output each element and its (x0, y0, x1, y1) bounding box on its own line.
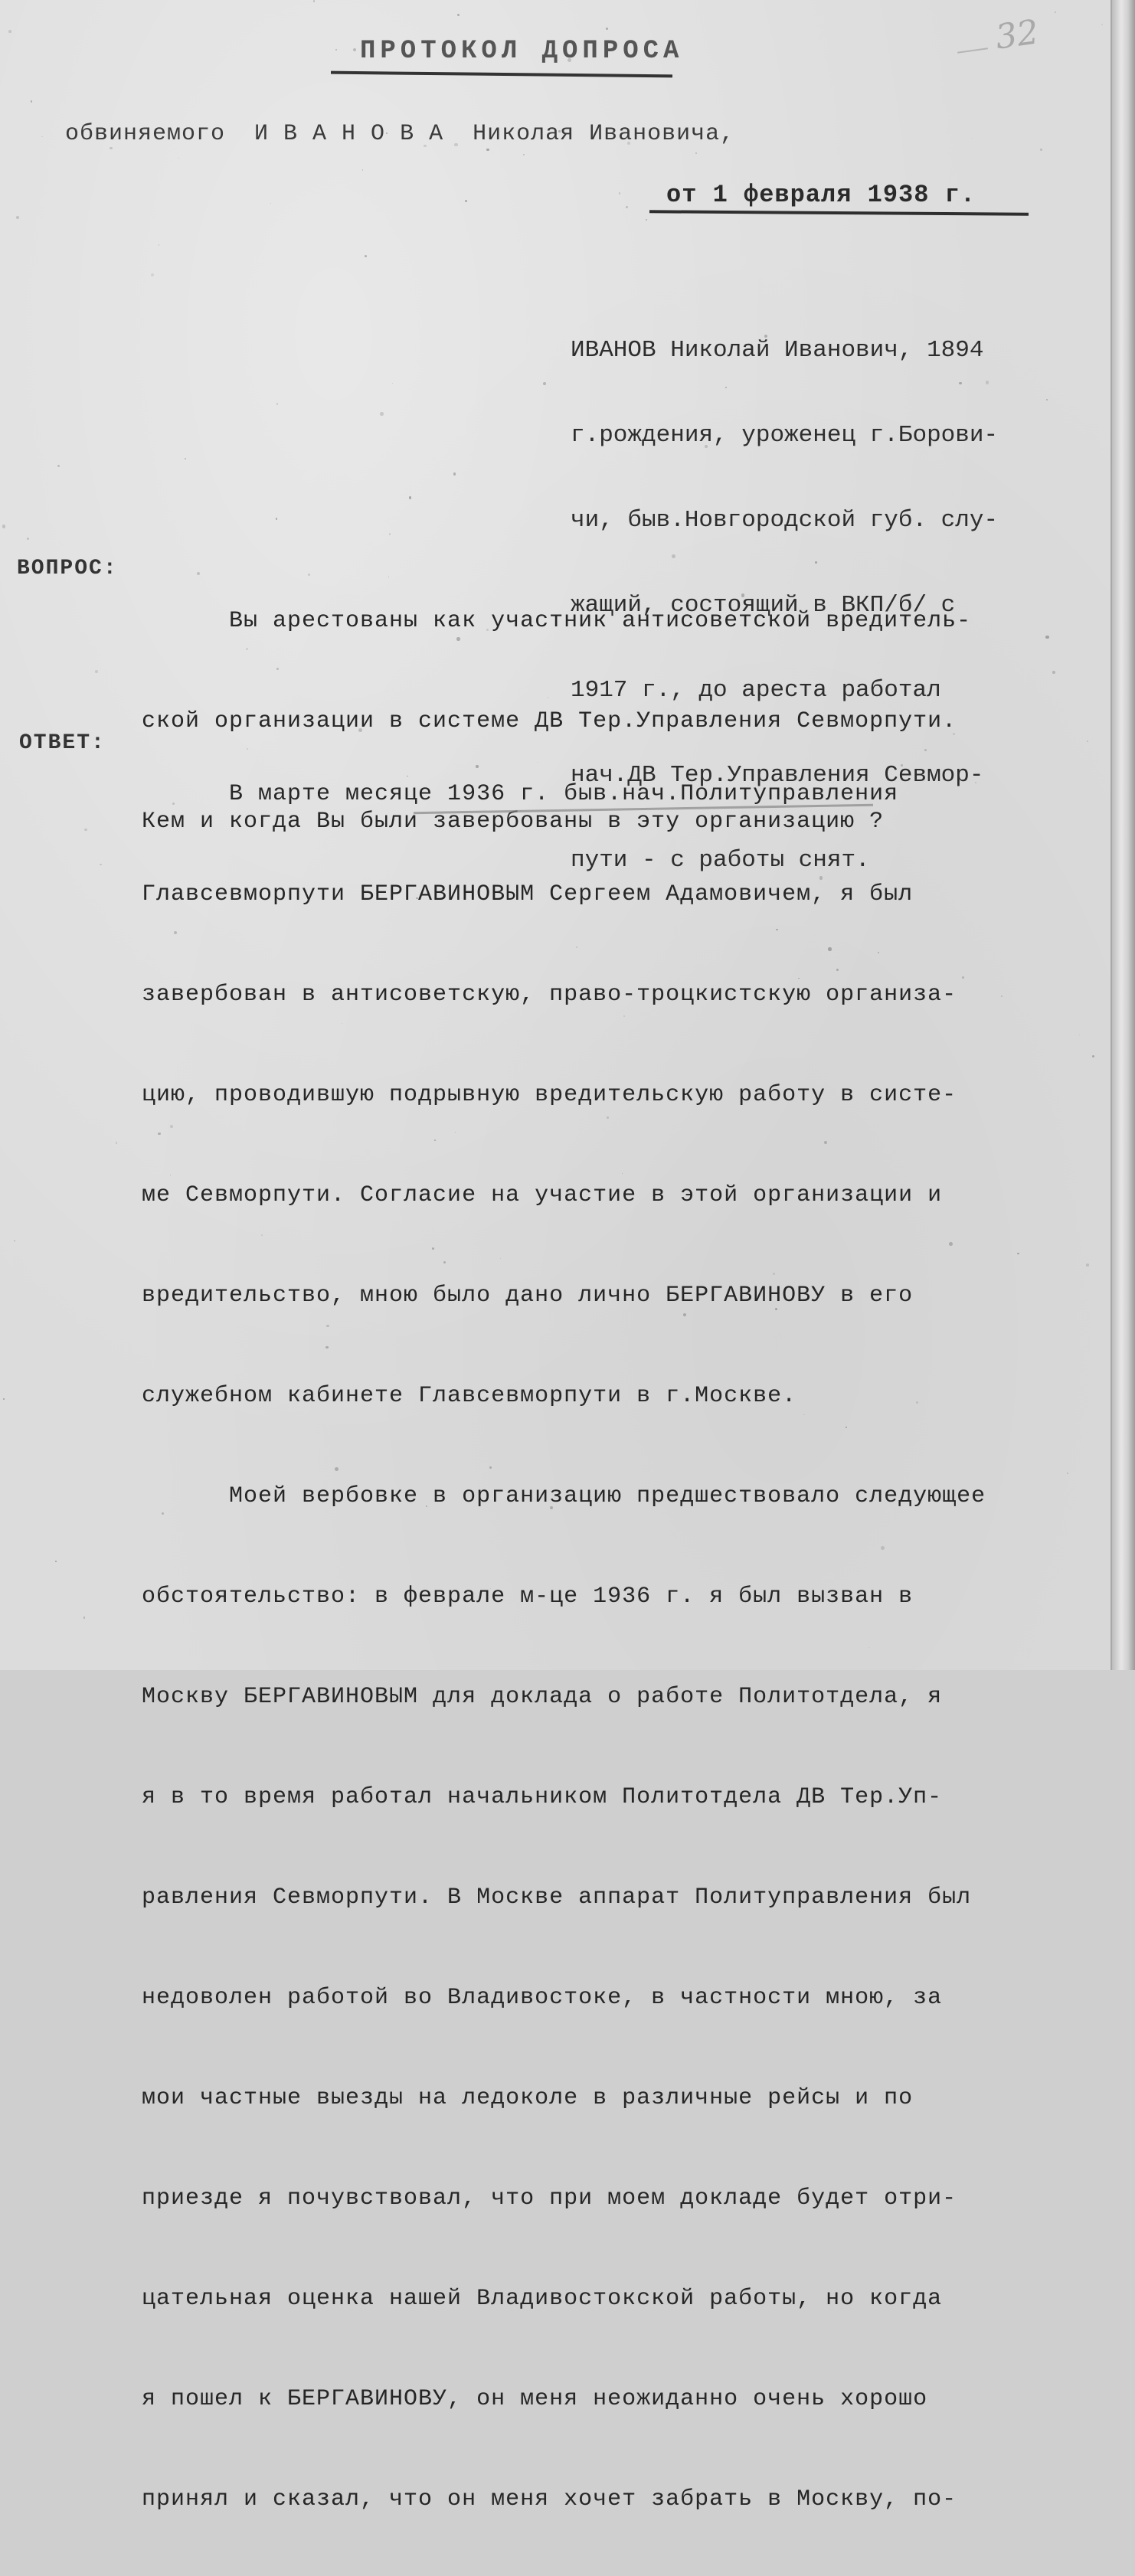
document-title: ПРОТОКОЛ ДОПРОСА (360, 37, 683, 66)
scan-speck (392, 383, 393, 384)
scan-speck (1017, 1253, 1019, 1255)
scan-speck (100, 864, 102, 866)
scan-speck (14, 1241, 15, 1242)
scan-speck (567, 58, 571, 62)
scan-speck (342, 1023, 342, 1024)
date-underline (649, 210, 1029, 215)
scan-speck (335, 49, 337, 51)
scan-speck (313, 0, 316, 2)
answer-label: ОТВЕТ: (19, 731, 106, 755)
scan-speck (678, 898, 681, 901)
scan-speck (353, 48, 356, 51)
scan-speck (622, 1173, 623, 1174)
bio-line: чи, быв.Новгородской губ. слу- (571, 506, 1061, 534)
scan-speck (576, 946, 577, 948)
scan-speck (776, 929, 777, 930)
scan-speck (27, 538, 29, 540)
scan-speck (1079, 1035, 1080, 1035)
scan-speck (672, 554, 675, 558)
scan-speck (325, 1346, 328, 1348)
scan-speck (41, 136, 43, 138)
text-line: Вы арестованы как участник антисоветской… (142, 597, 971, 646)
scan-speck (95, 670, 97, 672)
scan-speck (185, 458, 186, 459)
scan-speck (962, 976, 964, 979)
scan-speck (740, 1597, 742, 1599)
scan-speck (454, 143, 457, 146)
scan-speck (178, 158, 179, 159)
page-number: 32 (993, 12, 1042, 57)
pencil-mark (957, 47, 988, 54)
scan-speck (538, 762, 538, 763)
scan-speck (523, 154, 525, 155)
scan-speck (1067, 1473, 1069, 1475)
scan-speck (276, 403, 278, 404)
scan-speck (1001, 995, 1003, 997)
scan-speck (773, 1273, 775, 1275)
scan-speck (986, 381, 989, 384)
scan-speck (84, 829, 87, 832)
scan-speck (358, 728, 362, 732)
scan-speck (741, 593, 745, 597)
scan-speck (924, 749, 927, 751)
scan-speck (815, 561, 817, 564)
scan-speck (110, 147, 112, 149)
scan-speck (695, 152, 697, 154)
scan-speck (159, 244, 159, 245)
scan-speck (170, 1125, 173, 1128)
scan-speck (646, 219, 647, 221)
scan-speck (901, 764, 902, 766)
scan-speck (443, 1261, 446, 1263)
accused-line: обвиняемого И В А Н О В А Николая Иванов… (65, 121, 734, 147)
scan-speck (434, 1139, 436, 1141)
scan-speck (83, 1617, 86, 1619)
scan-speck (972, 138, 973, 139)
scan-speck (949, 1242, 953, 1246)
scan-speck (246, 648, 248, 650)
scan-speck (270, 203, 271, 204)
scan-speck (476, 765, 478, 767)
scan-speck (725, 387, 727, 388)
scan-speck (729, 816, 731, 819)
scan-speck (543, 382, 546, 385)
scan-speck (389, 533, 391, 534)
text-line: обстоятельство: в феврале м-це 1936 г. я… (142, 1573, 986, 1621)
scan-speck (8, 30, 11, 33)
scan-speck (409, 496, 412, 499)
scan-speck (582, 523, 584, 525)
scan-speck (1055, 11, 1056, 13)
scan-speck (116, 1142, 117, 1143)
scan-speck (362, 169, 363, 170)
scan-speck (1040, 149, 1042, 151)
bio-line: г.рождения, уроженец г.Борови- (571, 421, 1061, 449)
scan-speck (626, 206, 628, 208)
scan-speck (456, 637, 460, 640)
scan-speck (457, 14, 460, 16)
title-underline (331, 71, 672, 78)
scan-speck (247, 748, 248, 750)
scan-speck (453, 472, 456, 475)
scan-speck (380, 412, 384, 416)
scan-speck (550, 1506, 553, 1509)
scan-speck (308, 574, 310, 576)
scan-speck (819, 876, 823, 879)
text-line: служебном кабинете Главсевморпути в г.Мо… (142, 1372, 986, 1420)
scan-speck (606, 28, 608, 30)
scan-speck (3, 1398, 5, 1400)
scan-speck (365, 255, 367, 257)
scan-speck (388, 577, 389, 577)
scan-speck (55, 1561, 57, 1562)
scan-speck (619, 192, 621, 195)
scan-speck (1087, 740, 1088, 742)
document-page: 32 ПРОТОКОЛ ДОПРОСА обвиняемого И В А Н … (0, 0, 1112, 1670)
scan-speck (486, 629, 489, 631)
scan-speck (878, 952, 879, 953)
scan-speck (627, 142, 631, 145)
scan-speck (1101, 24, 1103, 25)
text-line: завербован в антисоветскую, право-троцки… (142, 971, 986, 1019)
scan-speck (1086, 1263, 1089, 1267)
scan-speck (486, 149, 489, 151)
scan-speck (16, 216, 19, 219)
scan-speck (1045, 636, 1049, 639)
answer-text: В марте месяце 1936 г. быв.нач.Политупра… (142, 718, 986, 1670)
question-label: ВОПРОС: (17, 557, 118, 580)
scan-speck (798, 978, 800, 979)
text-line: ме Севморпути. Согласие на участие в это… (142, 1172, 986, 1220)
text-line: вредительство, мною было дано лично БЕРГ… (142, 1272, 986, 1320)
scan-speck (276, 518, 278, 520)
scan-speck (151, 273, 154, 276)
scan-speck (1092, 1055, 1094, 1058)
text-line: Главсевморпути БЕРГАВИНОВЫМ Сергеем Адам… (142, 871, 986, 919)
scan-speck (465, 200, 467, 202)
paper-edge (1112, 0, 1135, 1670)
scan-speck (828, 947, 831, 950)
scan-speck (326, 1325, 329, 1328)
scan-speck (1046, 399, 1048, 400)
scan-speck (174, 931, 177, 934)
scan-speck (283, 825, 284, 826)
scan-speck (31, 100, 32, 102)
scan-speck (846, 1427, 847, 1428)
bio-line: ИВАНОВ Николай Иванович, 1894 (571, 336, 1061, 364)
date-line: от 1 февраля 1938 г. (666, 181, 976, 209)
text-line: Моей вербовке в организацию предшествова… (142, 1473, 986, 1521)
scan-speck (610, 1496, 613, 1498)
scan-speck (335, 1467, 339, 1471)
scan-speck (2, 525, 6, 528)
scan-speck (607, 1116, 609, 1119)
text-line: В марте месяце 1936 г. быв.нач.Политупра… (142, 770, 986, 819)
text-line: цию, проводившую подрывную вредительскую… (142, 1071, 986, 1120)
scan-speck (455, 1132, 456, 1133)
scan-speck (57, 465, 60, 467)
